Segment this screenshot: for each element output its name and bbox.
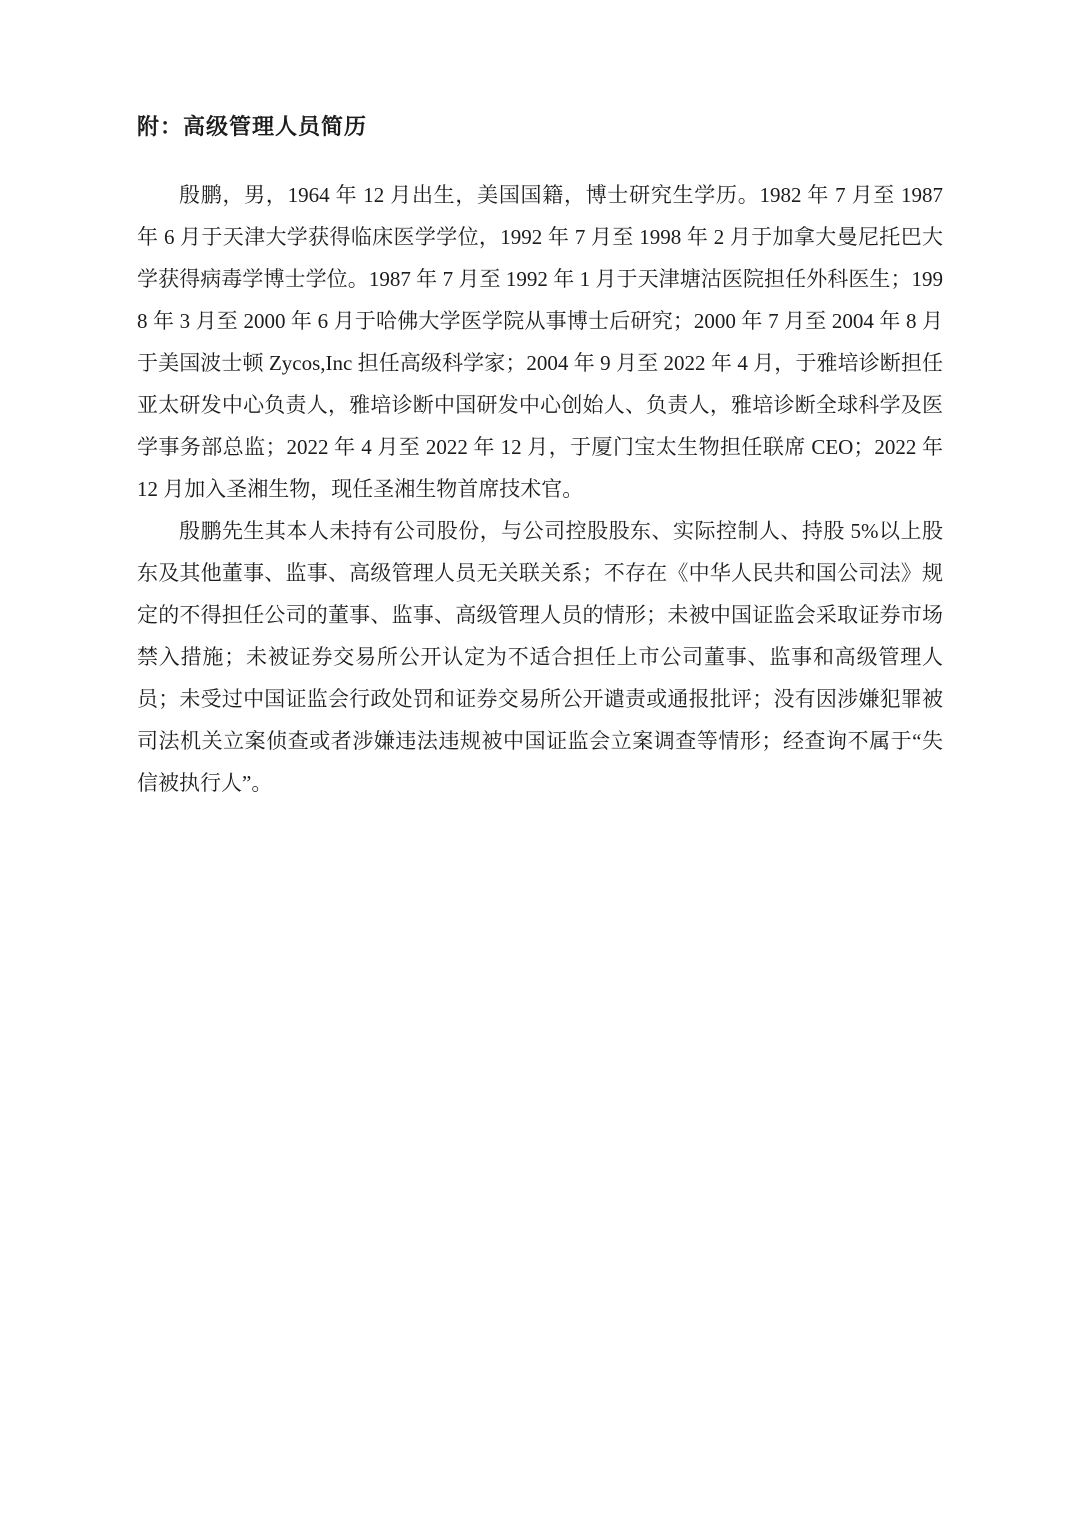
- paragraph-biography: 殷鹏，男，1964 年 12 月出生，美国国籍，博士研究生学历。1982 年 7…: [137, 174, 943, 510]
- paragraph-compliance-statement: 殷鹏先生其本人未持有公司股份，与公司控股股东、实际控制人、持股 5%以上股东及其…: [137, 510, 943, 804]
- document-title: 附：高级管理人员简历: [137, 112, 943, 142]
- document-page: 附：高级管理人员简历 殷鹏，男，1964 年 12 月出生，美国国籍，博士研究生…: [0, 0, 1080, 1527]
